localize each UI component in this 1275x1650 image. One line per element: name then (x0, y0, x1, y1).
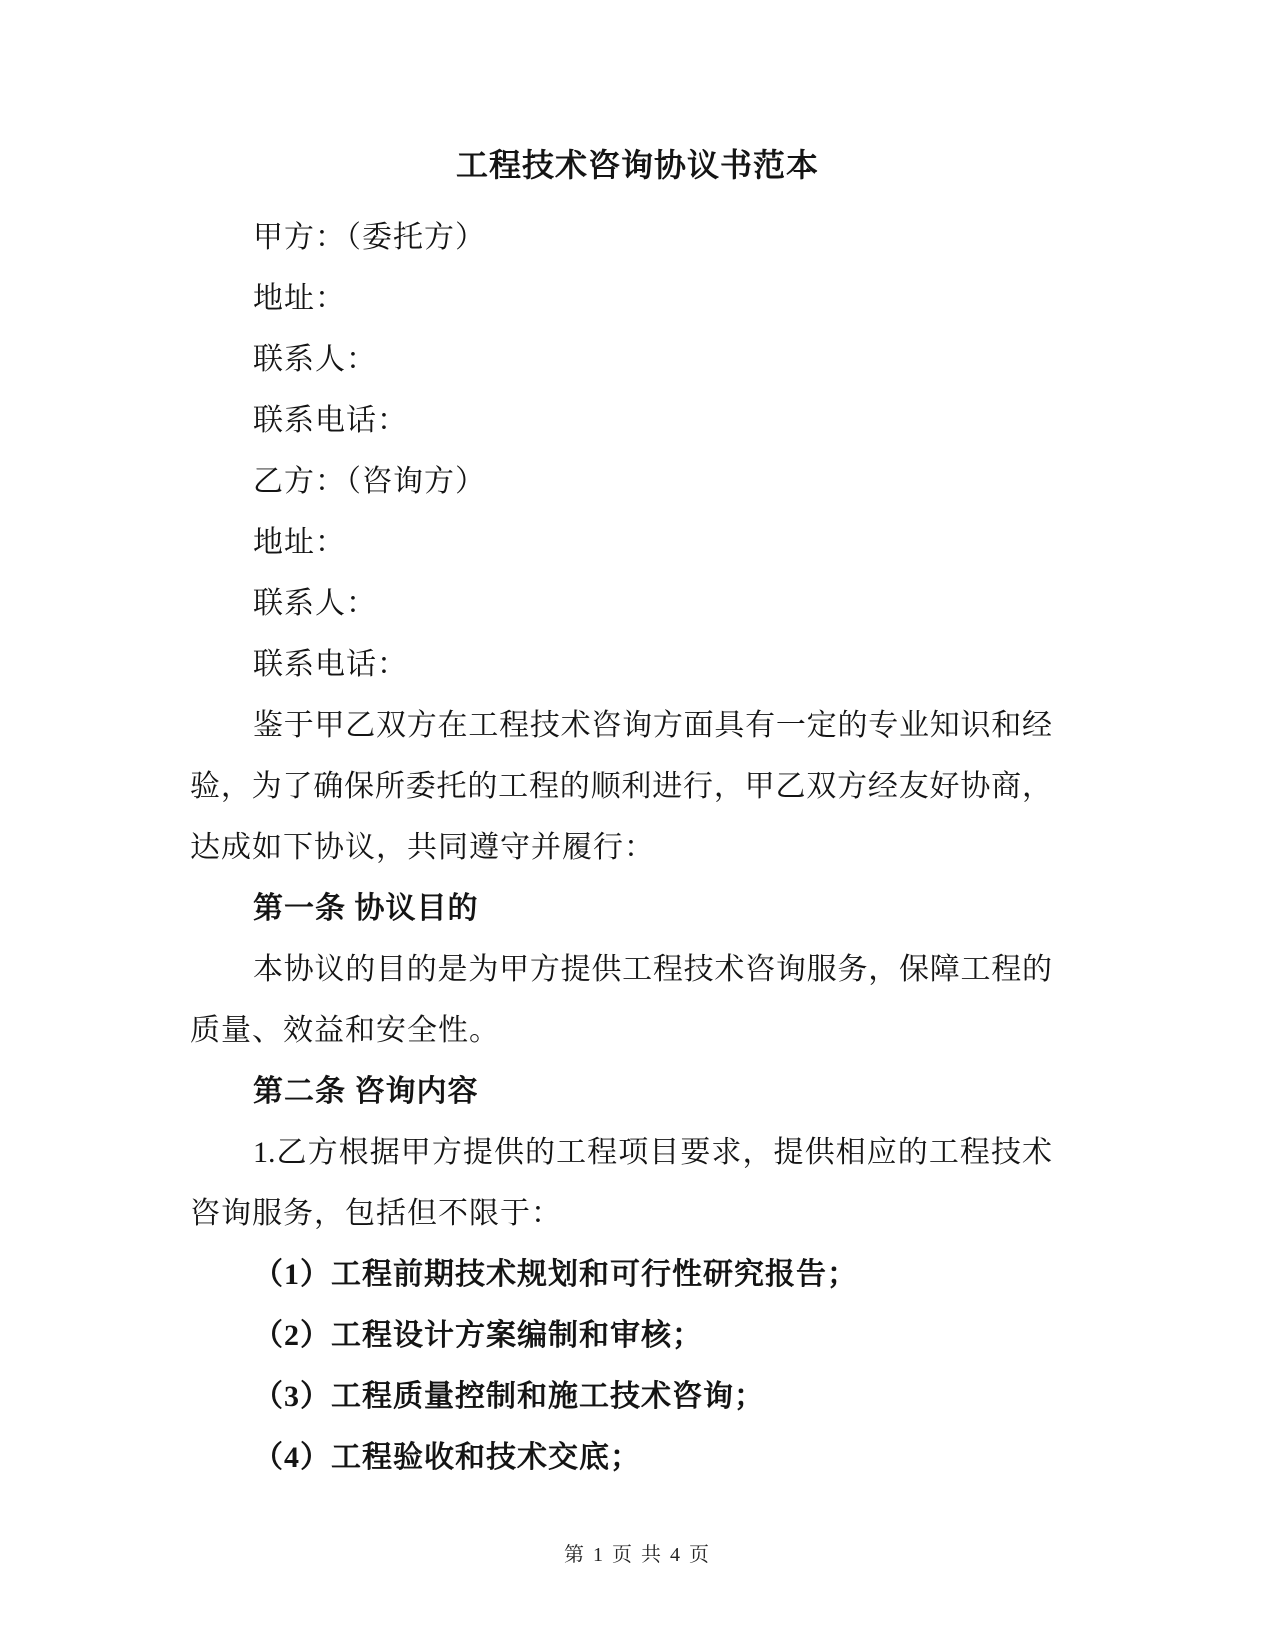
document-body: 甲方：（委托方）地址：联系人：联系电话：乙方：（咨询方）地址：联系人：联系电话：… (190, 207, 1052, 1488)
text-line: 联系人： (190, 329, 1052, 390)
text-line: 地址： (190, 512, 1052, 573)
page-number-footer: 第 1 页 共 4 页 (0, 1540, 1275, 1570)
text-line: （4）工程验收和技术交底； (190, 1427, 1052, 1488)
text-line: 甲方：（委托方） (190, 207, 1052, 268)
text-line: 验，为了确保所委托的工程的顺利进行，甲乙双方经友好协商， (190, 756, 1052, 817)
text-line: 第二条 咨询内容 (190, 1061, 1052, 1122)
text-line: 咨询服务，包括但不限于： (190, 1183, 1052, 1244)
text-line: （3）工程质量控制和施工技术咨询； (190, 1366, 1052, 1427)
document-title: 工程技术咨询协议书范本 (0, 0, 1275, 187)
text-line: 本协议的目的是为甲方提供工程技术咨询服务，保障工程的 (190, 939, 1052, 1000)
text-line: 第一条 协议目的 (190, 878, 1052, 939)
text-line: 地址： (190, 268, 1052, 329)
text-line: 鉴于甲乙双方在工程技术咨询方面具有一定的专业知识和经 (190, 695, 1052, 756)
text-line: 质量、效益和安全性。 (190, 1000, 1052, 1061)
text-line: 联系电话： (190, 634, 1052, 695)
document-page: 工程技术咨询协议书范本 甲方：（委托方）地址：联系人：联系电话：乙方：（咨询方）… (0, 0, 1275, 1650)
text-line: 1.乙方根据甲方提供的工程项目要求，提供相应的工程技术 (190, 1122, 1052, 1183)
text-line: 达成如下协议，共同遵守并履行： (190, 817, 1052, 878)
text-line: （2）工程设计方案编制和审核； (190, 1305, 1052, 1366)
text-line: 联系电话： (190, 390, 1052, 451)
text-line: 联系人： (190, 573, 1052, 634)
text-line: （1）工程前期技术规划和可行性研究报告； (190, 1244, 1052, 1305)
text-line: 乙方：（咨询方） (190, 451, 1052, 512)
